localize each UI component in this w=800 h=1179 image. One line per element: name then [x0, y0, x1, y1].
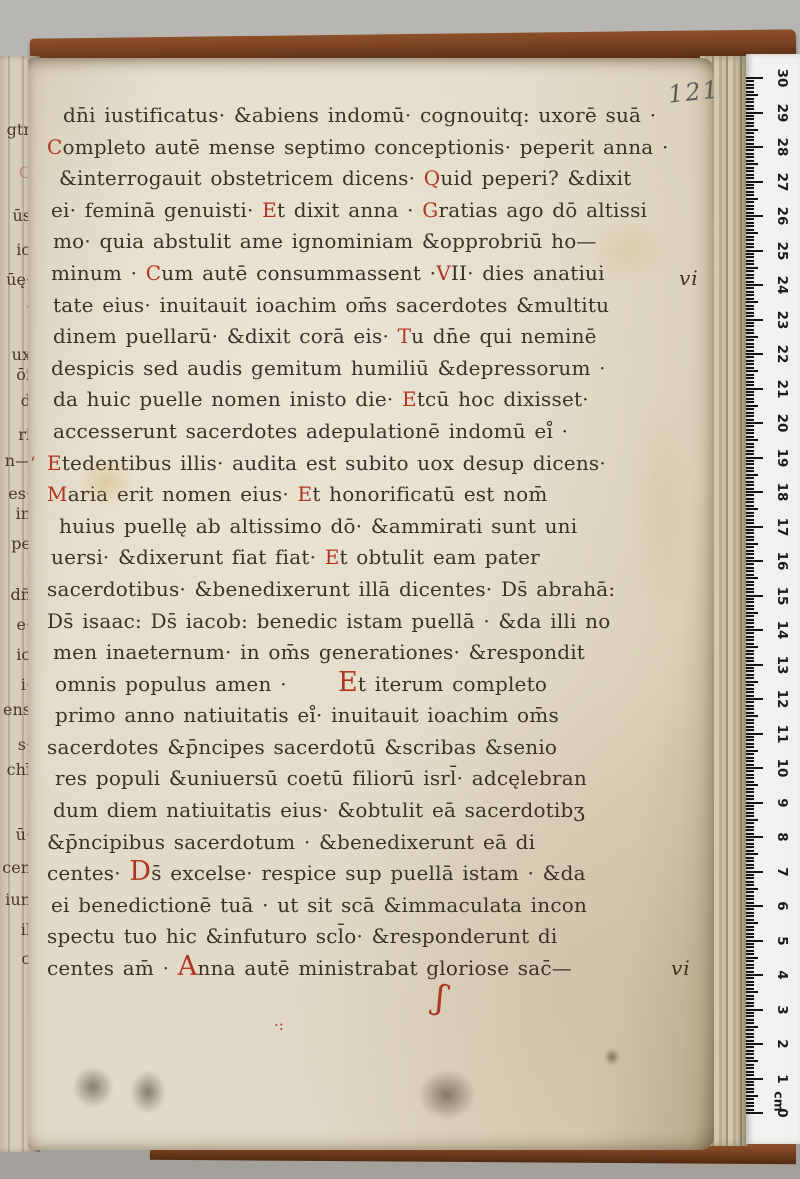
ruler-mm-tick	[746, 184, 754, 186]
ruler-mm-tick	[746, 805, 754, 807]
ruler-mm-tick	[746, 784, 758, 786]
ruler-mm-tick	[746, 791, 754, 793]
manuscript-line: omnis populus amen · Et iterum completo	[47, 669, 692, 701]
ruler-mm-tick	[746, 977, 754, 979]
manuscript-line: sacerdotibus· &benedixerunt illā dicente…	[47, 574, 692, 606]
ruler-mm-tick	[746, 550, 754, 552]
ruler-mm-tick	[746, 436, 754, 438]
ruler-number: 7	[774, 861, 790, 883]
ruler-mm-tick	[746, 908, 754, 910]
ruler-mm-tick	[746, 1019, 754, 1021]
ink-text: tate eius· inuitauit ioachim om̄s sacerd…	[53, 293, 609, 317]
ink-text: aria erit nomen eius·	[68, 482, 298, 506]
rubric-text: A	[178, 951, 198, 982]
ruler-mm-tick	[746, 622, 754, 624]
rubric-text: Q	[424, 166, 441, 190]
ruler-mm-tick	[746, 488, 754, 490]
ruler-mm-tick	[746, 670, 754, 672]
ruler-number: 17	[774, 516, 790, 538]
ruler-mm-tick	[746, 343, 754, 345]
ruler-mm-tick	[746, 543, 758, 545]
ruler-cm-tick	[746, 491, 763, 493]
ruler-mm-tick	[746, 753, 754, 755]
ruler-cm-tick	[746, 250, 763, 252]
ruler-number: 24	[774, 274, 790, 296]
ruler-mm-tick	[746, 798, 754, 800]
ink-text: ompleto autē mense septimo conceptionis·…	[63, 135, 669, 159]
ruler-mm-tick	[746, 360, 754, 362]
ruler-number: 18	[774, 481, 790, 503]
ruler-mm-tick	[746, 505, 754, 507]
ink-text: dinem puellarū· &dixit corā eis·	[53, 324, 398, 348]
ruler-mm-tick	[746, 356, 754, 358]
ruler-mm-tick	[746, 1074, 754, 1076]
ruler-mm-tick	[746, 943, 754, 945]
ruler-mm-tick	[746, 988, 754, 990]
ruler-mm-tick	[746, 829, 754, 831]
ruler-mm-tick	[746, 332, 754, 334]
ink-text: ratias ago dō altissi	[438, 198, 647, 222]
ruler-mm-tick	[746, 136, 754, 138]
ruler-number: 14	[774, 619, 790, 641]
ruler-mm-tick	[746, 253, 754, 255]
ink-text: t obtulit eam pater	[340, 545, 540, 569]
manuscript-line: despicis sed audis gemitum humiliū &depr…	[47, 353, 692, 385]
ink-text: men inaeternum· in om̄s generationes· &r…	[53, 640, 585, 664]
ruler-mm-tick	[746, 336, 758, 338]
ruler-mm-tick	[746, 898, 754, 900]
ruler-mm-tick	[746, 377, 754, 379]
manuscript-line: centes am̄ · Anna autē ministrabat glori…	[47, 953, 692, 985]
ruler-cm-tick	[746, 422, 763, 424]
ink-smudge	[604, 1048, 620, 1066]
ink-text: primo anno natiuitatis ei̊· inuitauit io…	[55, 703, 559, 727]
ruler-mm-tick	[746, 1109, 754, 1111]
ruler-mm-tick	[746, 895, 754, 897]
ruler-mm-tick	[746, 660, 754, 662]
ink-text: dn̄i iustificatus· &abiens indomū· cogno…	[63, 103, 656, 127]
ruler-cm-tick	[746, 146, 763, 148]
ink-text: &interrogauit obstetricem dicens·	[59, 166, 424, 190]
ruler-mm-tick	[746, 864, 754, 866]
ruler-mm-tick	[746, 329, 754, 331]
ruler-mm-tick	[746, 322, 754, 324]
ruler-mm-tick	[746, 598, 754, 600]
ruler-mm-tick	[746, 639, 754, 641]
ruler-mm-tick	[746, 536, 754, 538]
ruler-mm-tick	[746, 991, 758, 993]
ruler-mm-tick	[746, 187, 754, 189]
ink-text: centes am̄ ·	[47, 956, 178, 980]
ruler-mm-tick	[746, 788, 754, 790]
ruler-cm-tick	[746, 974, 763, 976]
ruler-mm-tick	[746, 722, 754, 724]
ruler-mm-tick	[746, 850, 754, 852]
ink-text: &p̄ncipibus sacerdotum · &benedixerunt e…	[47, 830, 535, 854]
ruler-mm-tick	[746, 139, 754, 141]
ruler-mm-tick	[746, 1050, 754, 1052]
ruler-cm-tick	[746, 560, 763, 562]
ink-text: accesserunt sacerdotes adepulationē indo…	[53, 419, 568, 443]
ruler-number: 20	[774, 412, 790, 434]
ruler-cm-tick	[746, 905, 763, 907]
ruler-mm-tick	[746, 101, 754, 103]
ruler-mm-tick	[746, 1022, 754, 1024]
ruler-mm-tick	[746, 308, 754, 310]
ruler-number: 5	[774, 930, 790, 952]
ruler-number: 30	[774, 67, 790, 89]
ruler-mm-tick	[746, 1091, 754, 1093]
manuscript-line: da huic puelle nomen inisto die· Etcū ho…	[47, 384, 692, 416]
ruler-unit-label: cm	[772, 1090, 787, 1114]
rubric-text: C	[47, 135, 63, 159]
ruler-mm-tick	[746, 605, 754, 607]
ruler-mm-tick	[746, 884, 754, 886]
rubric-text: E	[262, 198, 277, 222]
rubric-text: V	[436, 261, 451, 285]
ruler-mm-tick	[746, 612, 758, 614]
ruler-mm-tick	[746, 415, 754, 417]
ruler-mm-tick	[746, 222, 754, 224]
ruler-mm-tick	[746, 826, 754, 828]
ruler-mm-tick	[746, 174, 754, 176]
ruler-mm-tick	[746, 643, 754, 645]
ruler-mm-tick	[746, 232, 758, 234]
ruler-mm-tick	[746, 301, 758, 303]
ink-text: nna autē ministrabat gloriose sac̄—	[197, 956, 572, 980]
ruler-mm-tick	[746, 149, 754, 151]
ruler-number: 22	[774, 343, 790, 365]
ruler-cm-tick	[746, 733, 763, 735]
ruler-mm-tick	[746, 325, 754, 327]
ruler-mm-tick	[746, 764, 754, 766]
ruler-mm-tick	[746, 1105, 754, 1107]
ruler-mm-tick	[746, 1029, 754, 1031]
ruler-mm-tick	[746, 677, 754, 679]
ruler-number: 28	[774, 136, 790, 158]
rubric-text: C	[146, 261, 162, 285]
ruler-mm-tick	[746, 881, 754, 883]
ruler-mm-tick	[746, 984, 754, 986]
ruler-mm-tick	[746, 588, 754, 590]
ruler-mm-tick	[746, 453, 754, 455]
ruler-mm-tick	[746, 608, 754, 610]
ruler-mm-tick	[746, 601, 754, 603]
ruler-mm-tick	[746, 256, 754, 258]
ink-smudge	[130, 1070, 166, 1114]
rubric-text: D	[129, 856, 151, 887]
ruler-mm-tick	[746, 243, 754, 245]
ruler-mm-tick	[746, 808, 754, 810]
ruler-mm-tick	[746, 412, 754, 414]
ruler-mm-tick	[746, 163, 758, 165]
manuscript-line: tate eius· inuitauit ioachim om̄s sacerd…	[47, 290, 692, 322]
ruler-number: 8	[774, 826, 790, 848]
ruler-mm-tick	[746, 712, 754, 714]
ruler-mm-tick	[746, 853, 758, 855]
manuscript-line: dinem puellarū· &dixit corā eis· Tu dn̄e…	[47, 321, 692, 353]
ruler-mm-tick	[746, 795, 754, 797]
ruler-mm-tick	[746, 84, 754, 86]
ruler-mm-tick	[746, 691, 754, 693]
ruler-mm-tick	[746, 581, 754, 583]
ruler-mm-tick	[746, 212, 754, 214]
ink-text: mo· quia abstulit ame ignominiam &opprob…	[53, 229, 597, 253]
ruler-mm-tick	[746, 781, 754, 783]
ruler-mm-tick	[746, 450, 754, 452]
ink-text: uid peperi? &dixit	[440, 166, 631, 190]
manuscript-line: res populi &uniuersū coetū filiorū isrl̄…	[47, 763, 692, 795]
manuscript-line: minum · Cum autē consummassent ·VII· die…	[47, 258, 692, 290]
ruler-mm-tick	[746, 650, 754, 652]
ruler-mm-tick	[746, 777, 754, 779]
ink-text: da huic puelle nomen inisto die·	[53, 387, 402, 411]
ruler-mm-tick	[746, 888, 758, 890]
ruler-mm-tick	[746, 125, 754, 127]
ruler-mm-tick	[746, 346, 754, 348]
ruler-mm-tick	[746, 122, 754, 124]
ink-text: omnis populus amen ·	[55, 672, 338, 696]
ruler-number: 16	[774, 550, 790, 572]
ruler-mm-tick	[746, 839, 754, 841]
ruler-mm-tick	[746, 443, 754, 445]
ink-text: sacerdotes &p̄ncipes sacerdotū &scribas …	[47, 735, 557, 759]
ruler-mm-tick	[746, 501, 754, 503]
manuscript-line: uersi· &dixerunt fiat fiat· Et obtulit e…	[47, 542, 692, 574]
ink-text: ei benedictionē tuā · ut sit scā &immacu…	[51, 893, 587, 917]
ruler-mm-tick	[746, 498, 754, 500]
ruler-cm-tick	[746, 353, 763, 355]
ruler-mm-tick	[746, 667, 754, 669]
ruler-mm-tick	[746, 1015, 754, 1017]
ink-text: dum diem natiuitatis eius· &obtulit eā s…	[53, 798, 585, 822]
ruler-number: 6	[774, 895, 790, 917]
manuscript-line: men inaeternum· in om̄s generationes· &r…	[47, 637, 692, 669]
ruler-mm-tick	[746, 80, 754, 82]
ruler-mm-tick	[746, 425, 754, 427]
ruler-mm-tick	[746, 205, 754, 207]
ruler-mm-tick	[746, 494, 754, 496]
ruler-mm-tick	[746, 553, 754, 555]
ruler-mm-tick	[746, 912, 754, 914]
ruler-mm-tick	[746, 474, 758, 476]
ink-text: t honorificatū est nom̄	[312, 482, 547, 506]
ruler-mm-tick	[746, 1095, 758, 1097]
ruler-mm-tick	[746, 1026, 758, 1028]
manuscript-line: dn̄i iustificatus· &abiens indomū· cogno…	[47, 100, 692, 132]
ruler-mm-tick	[746, 1012, 754, 1014]
ruler-cm-tick	[746, 629, 763, 631]
ruler-mm-tick	[746, 419, 754, 421]
ruler-mm-tick	[746, 94, 758, 96]
ruler-mm-tick	[746, 539, 754, 541]
ruler-mm-tick	[746, 636, 754, 638]
ruler-mm-tick	[746, 108, 754, 110]
ruler-mm-tick	[746, 936, 754, 938]
ruler-mm-tick	[746, 177, 754, 179]
ruler-mm-tick	[746, 408, 754, 410]
ruler-mm-tick	[746, 281, 754, 283]
ruler-mm-tick	[746, 519, 754, 521]
ruler-mm-tick	[746, 946, 754, 948]
ruler-mm-tick	[746, 446, 754, 448]
ruler-mm-tick	[746, 557, 754, 559]
ruler-cm-tick	[746, 664, 763, 666]
ruler-mm-tick	[746, 860, 754, 862]
ruler-mm-tick	[746, 156, 754, 158]
ruler-mm-tick	[746, 584, 754, 586]
ruler-mm-tick	[746, 1040, 754, 1042]
ruler-mm-tick	[746, 312, 754, 314]
rubric-text: E	[325, 545, 340, 569]
manuscript-line: centes· Ds̄ excelse· respice sup puellā …	[47, 858, 692, 890]
ruler-mm-tick	[746, 132, 754, 134]
ruler-mm-tick	[746, 688, 754, 690]
manuscript-line: spectu tuo hic &infuturo scl̄o· &respond…	[47, 921, 692, 953]
manuscript-line: dum diem natiuitatis eius· &obtulit eā s…	[47, 795, 692, 827]
ruler-mm-tick	[746, 964, 754, 966]
ruler-mm-tick	[746, 995, 754, 997]
ruler-mm-tick	[746, 105, 754, 107]
ruler-mm-tick	[746, 477, 754, 479]
ruler-mm-tick	[746, 701, 754, 703]
ruler-mm-tick	[746, 971, 754, 973]
ruler-mm-tick	[746, 646, 758, 648]
ruler-number: 29	[774, 102, 790, 124]
ruler-mm-tick	[746, 315, 754, 317]
ruler-number: 3	[774, 999, 790, 1021]
ruler-mm-tick	[746, 91, 754, 93]
ruler-number: 11	[774, 723, 790, 745]
ruler-cm-tick	[746, 871, 763, 873]
ink-text: uersi· &dixerunt fiat fiat·	[51, 545, 325, 569]
ink-text: s̄ excelse· respice sup puellā istam · &…	[151, 861, 586, 885]
ruler-number: 21	[774, 378, 790, 400]
manuscript-line: Ds̄ isaac: Ds̄ iacob: benedic istam puel…	[47, 606, 692, 638]
ruler-mm-tick	[746, 1071, 754, 1073]
ruler-mm-tick	[746, 118, 754, 120]
ruler-mm-tick	[746, 484, 754, 486]
ruler-mm-tick	[746, 374, 754, 376]
ink-text: t dixit anna ·	[277, 198, 422, 222]
ruler-mm-tick	[746, 957, 758, 959]
ruler: 3029282726252423222120191817161514131211…	[746, 54, 800, 1144]
ruler-mm-tick	[746, 567, 754, 569]
ruler-mm-tick	[746, 267, 758, 269]
ruler-mm-tick	[746, 339, 754, 341]
edge-text-fragment: cen	[2, 860, 31, 876]
ink-text: ei· feminā genuisti·	[51, 198, 262, 222]
ruler-mm-tick	[746, 926, 754, 928]
ink-text: II· dies anatiui	[451, 261, 605, 285]
ruler-mm-tick	[746, 743, 754, 745]
ruler-mm-tick	[746, 153, 754, 155]
ruler-mm-tick	[746, 370, 758, 372]
ruler-mm-tick	[746, 591, 754, 593]
ruler-cm-tick	[746, 77, 763, 79]
ruler-mm-tick	[746, 263, 754, 265]
red-dots: ·:	[274, 1016, 284, 1034]
ruler-mm-tick	[746, 915, 754, 917]
ruler-mm-tick	[746, 546, 754, 548]
ruler-mm-tick	[746, 919, 754, 921]
ruler-mm-tick	[746, 846, 754, 848]
rubric-text: M	[47, 482, 68, 506]
ruler-mm-tick	[746, 902, 754, 904]
ruler-mm-tick	[746, 736, 754, 738]
ruler-cm-tick	[746, 1009, 763, 1011]
ruler-number: 26	[774, 205, 790, 227]
ink-text: Ds̄ isaac: Ds̄ iacob: benedic istam puel…	[47, 609, 611, 633]
ruler-cm-tick	[746, 181, 763, 183]
rubric-text: E	[402, 387, 417, 411]
ruler-mm-tick	[746, 719, 754, 721]
ink-text: tcū hoc dixisset·	[417, 387, 589, 411]
ruler-mm-tick	[746, 260, 754, 262]
ruler-mm-tick	[746, 1046, 754, 1048]
ruler-mm-tick	[746, 508, 758, 510]
ruler-mm-tick	[746, 750, 758, 752]
ruler-number: 1	[774, 1068, 790, 1090]
manuscript-line: mo· quia abstulit ame ignominiam &opprob…	[47, 226, 692, 258]
ruler-mm-tick	[746, 653, 754, 655]
ruler-cm-tick	[746, 836, 763, 838]
ruler-number: 27	[774, 171, 790, 193]
ruler-mm-tick	[746, 529, 754, 531]
ruler-mm-tick	[746, 246, 754, 248]
ruler-mm-tick	[746, 363, 754, 365]
manuscript-line: &interrogauit obstetricem dicens· Quid p…	[47, 163, 692, 195]
ruler-mm-tick	[746, 632, 754, 634]
ruler-mm-tick	[746, 236, 754, 238]
ruler-mm-tick	[746, 705, 754, 707]
ruler-mm-tick	[746, 522, 754, 524]
ruler-mm-tick	[746, 1005, 754, 1007]
ink-text: spectu tuo hic &infuturo scl̄o· &respond…	[47, 924, 558, 948]
ruler-mm-tick	[746, 270, 754, 272]
manuscript-line: Maria erit nomen eius· Et honorificatū e…	[47, 479, 692, 511]
ruler-mm-tick	[746, 401, 754, 403]
ruler-number: 4	[774, 964, 790, 986]
ruler-mm-tick	[746, 350, 754, 352]
ruler-mm-tick	[746, 929, 754, 931]
ruler-mm-tick	[746, 198, 758, 200]
ruler-mm-tick	[746, 384, 754, 386]
ruler-mm-tick	[746, 981, 754, 983]
ruler-mm-tick	[746, 432, 754, 434]
ruler-mm-tick	[746, 294, 754, 296]
ruler-cm-tick	[746, 388, 763, 390]
ruler-mm-tick	[746, 274, 754, 276]
ruler-cm-tick	[746, 802, 763, 804]
ruler-mm-tick	[746, 1036, 754, 1038]
ruler-mm-tick	[746, 460, 754, 462]
ruler-mm-tick	[746, 381, 754, 383]
ruler-mm-tick	[746, 1057, 754, 1059]
ruler-mm-tick	[746, 998, 754, 1000]
ruler-cm-tick	[746, 112, 763, 114]
ink-smudge	[418, 1070, 476, 1120]
ruler-cm-tick	[746, 526, 763, 528]
ruler-mm-tick	[746, 208, 754, 210]
ruler-mm-tick	[746, 405, 758, 407]
ruler-number: 10	[774, 757, 790, 779]
ruler-mm-tick	[746, 512, 754, 514]
ruler-cm-tick	[746, 698, 763, 700]
ruler-mm-tick	[746, 391, 754, 393]
ruler-mm-tick	[746, 160, 754, 162]
ruler-cm-tick	[746, 767, 763, 769]
